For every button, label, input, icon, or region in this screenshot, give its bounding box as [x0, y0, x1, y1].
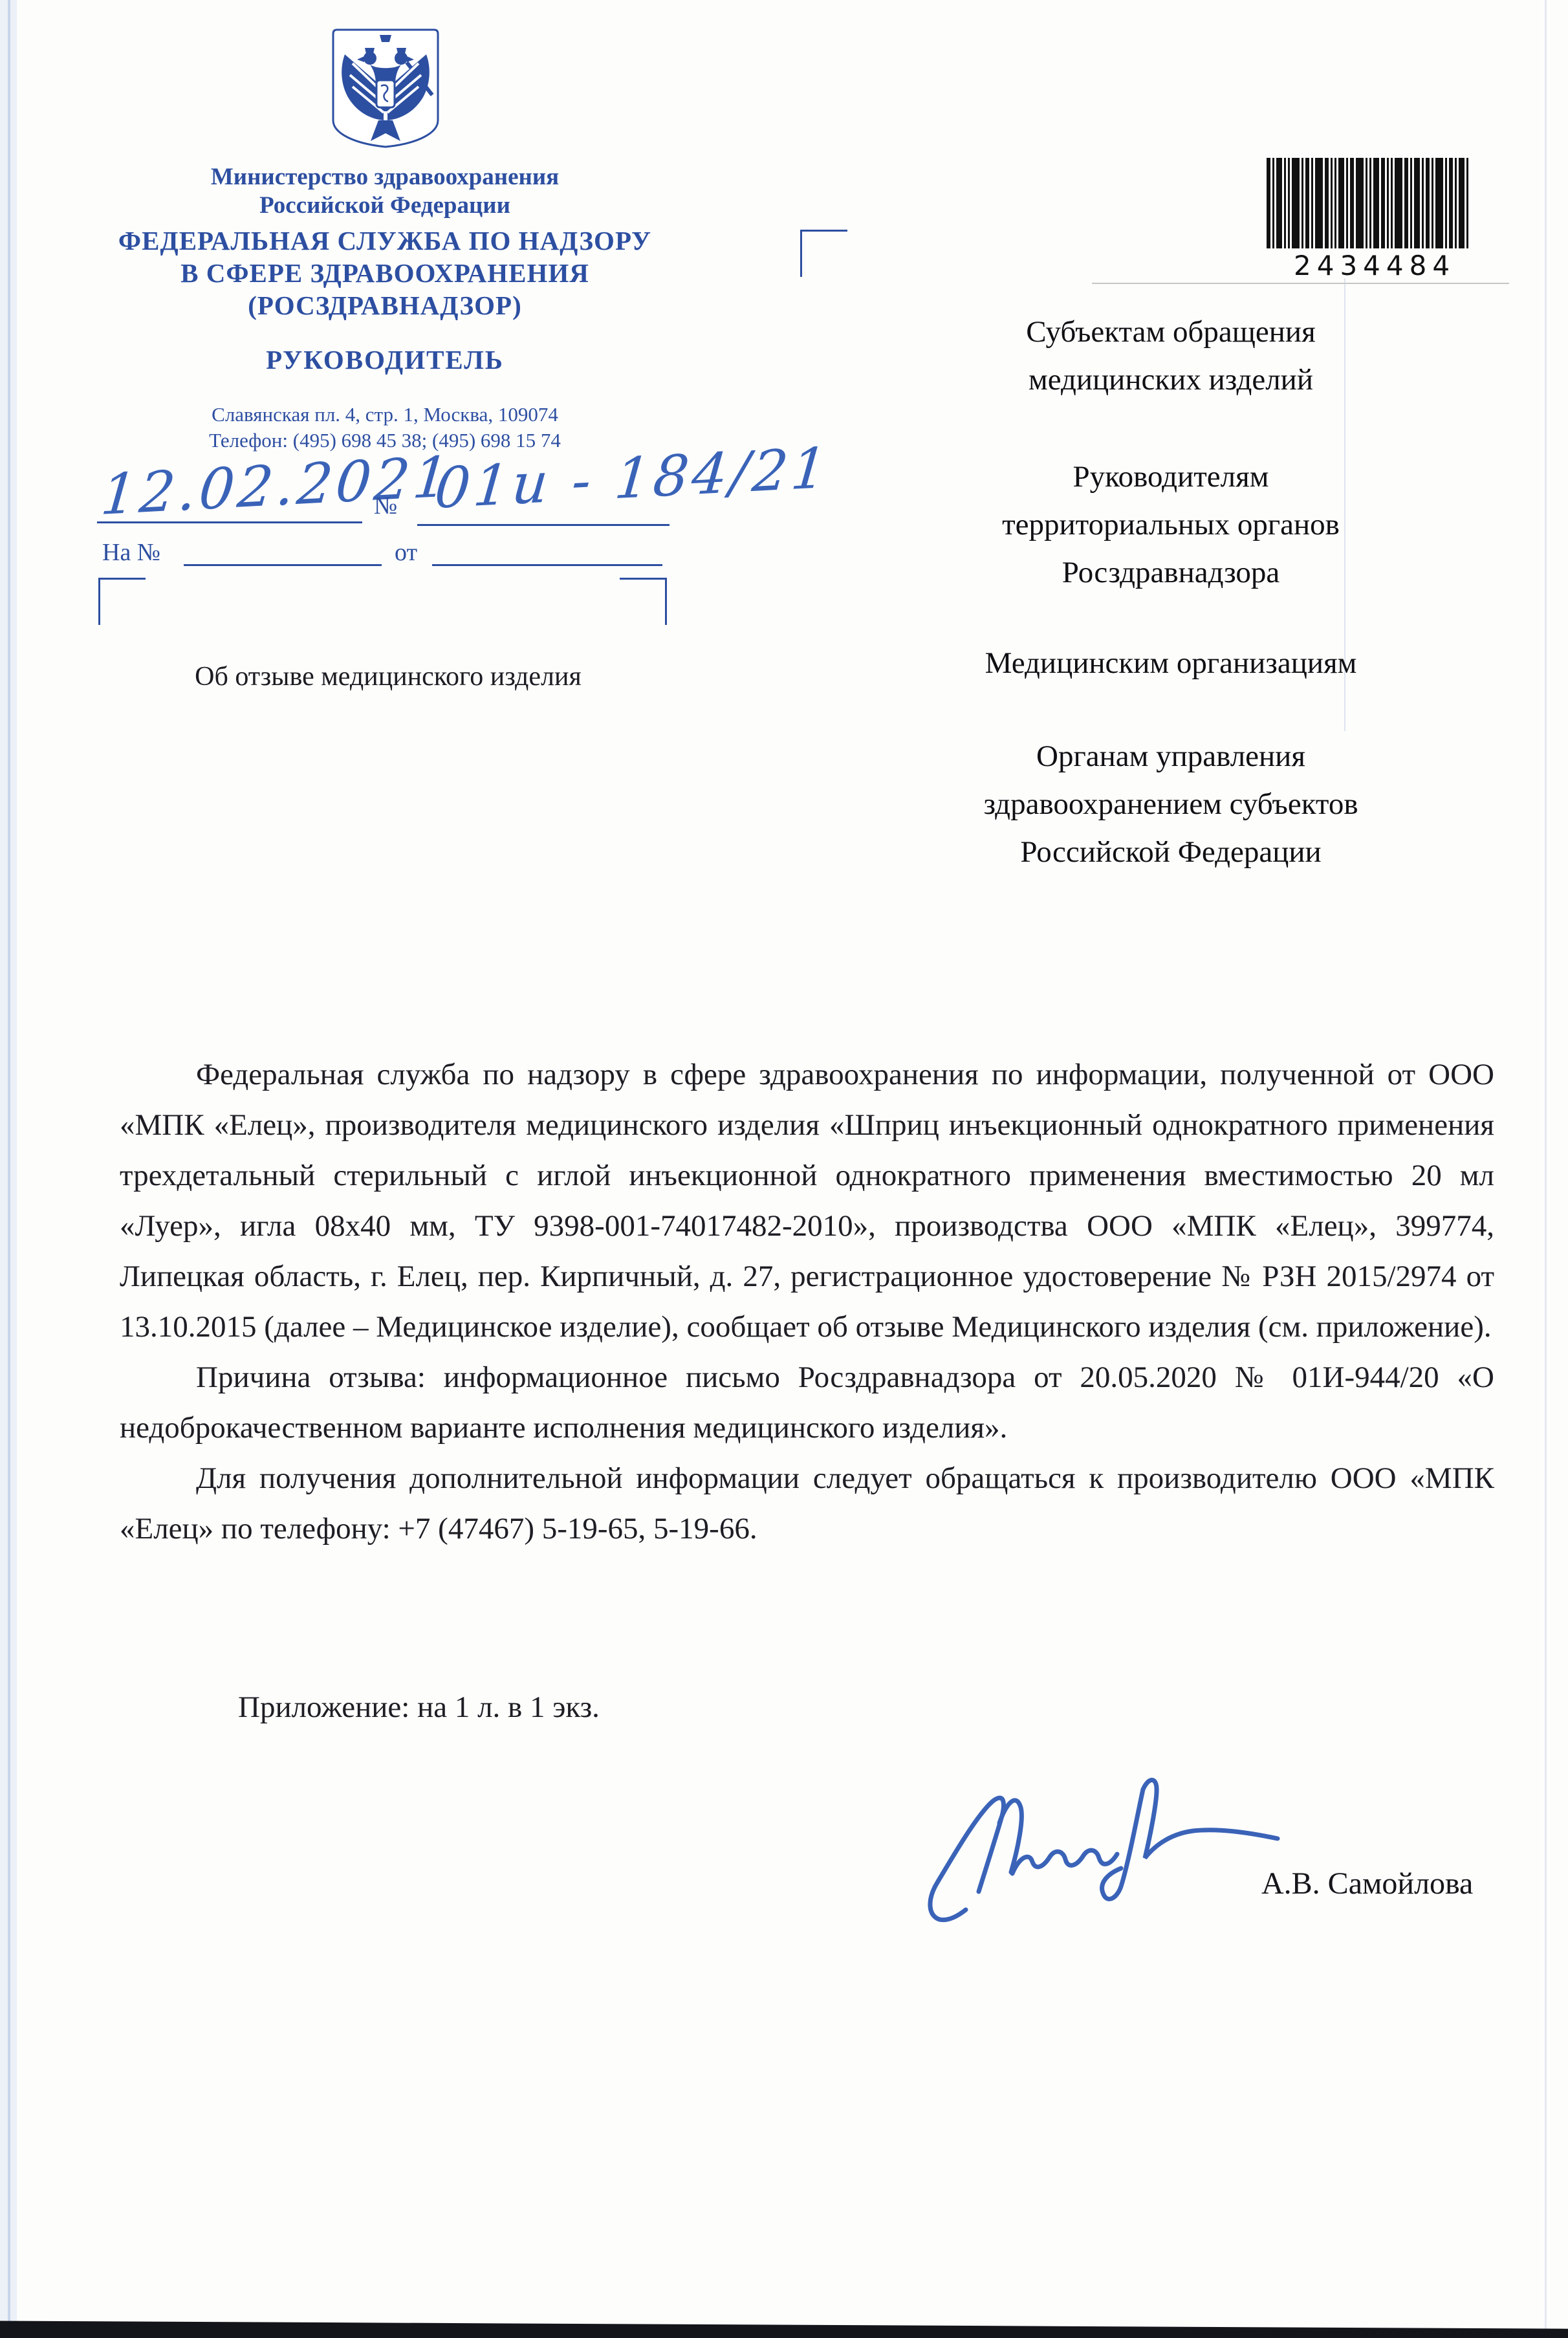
attachment-line: Приложение: на 1 л. в 1 экз.	[238, 1690, 600, 1725]
barcode-number: 2434484	[1294, 250, 1455, 281]
subject-zone-corner-right	[620, 578, 667, 625]
body-paragraph: Для получения дополнительной информации …	[120, 1453, 1494, 1554]
scanned-letter-page: Министерство здравоохранения Российской …	[0, 0, 1568, 2338]
in-reply-of-label: от	[395, 538, 417, 567]
letter-body: Федеральная служба по надзору в сфере зд…	[120, 1049, 1494, 1554]
body-paragraph: Причина отзыва: информационное письмо Ро…	[120, 1352, 1494, 1453]
date-underline	[97, 521, 362, 523]
recipient-text: Медицинским организациям	[925, 639, 1417, 687]
recipient-text: Субъектам обращения медицинских изделий	[990, 308, 1352, 404]
body-paragraph: Федеральная служба по надзору в сфере зд…	[120, 1049, 1494, 1352]
in-reply-number-underline	[184, 564, 382, 566]
recipient-item: Органам управления здравоохранением субъ…	[809, 732, 1533, 876]
subject-zone-corner-left	[98, 578, 146, 625]
scan-bottom-bar	[0, 2316, 1568, 2338]
ministry-name-line-1: Министерство здравоохранения	[68, 163, 702, 191]
scan-edge-band	[0, 0, 17, 2338]
signer-name: А.В. Самойлова	[1261, 1866, 1473, 1901]
number-underline	[417, 524, 670, 526]
russia-coat-of-arms-icon	[329, 26, 442, 153]
outgoing-date-handwritten: 12.02.2021	[98, 444, 454, 528]
barcode-separator-line	[1092, 283, 1509, 284]
recipient-text: Руководителям территориальных органов Ро…	[983, 453, 1358, 596]
service-name-line-3: (РОСЗДРАВНАДЗОР)	[68, 290, 702, 321]
in-reply-date-underline	[432, 564, 662, 566]
recipient-item: Медицинским организациям	[809, 639, 1533, 687]
service-name-line-1: ФЕДЕРАЛЬНАЯ СЛУЖБА ПО НАДЗОРУ	[68, 225, 702, 256]
service-name-line-2: В СФЕРЕ ЗДРАВООХРАНЕНИЯ	[68, 257, 702, 289]
position-title: РУКОВОДИТЕЛЬ	[68, 344, 702, 375]
registration-barcode-icon	[1267, 158, 1470, 252]
number-sign: №	[374, 492, 397, 520]
ministry-name-line-2: Российской Федерации	[68, 191, 702, 220]
subject-line: Об отзыве медицинского изделия	[97, 661, 679, 692]
recipient-item: Субъектам обращения медицинских изделий	[809, 308, 1533, 404]
signature-scribble-icon	[915, 1771, 1316, 1936]
recipient-text: Органам управления здравоохранением субъ…	[957, 732, 1384, 876]
recipient-item: Руководителям территориальных органов Ро…	[809, 453, 1533, 596]
addressee-zone-corner	[800, 230, 847, 277]
scan-edge-line	[8, 0, 10, 2338]
letterhead-address: Славянская пл. 4, стр. 1, Москва, 109074	[68, 402, 702, 426]
scan-right-line	[1545, 0, 1547, 2338]
in-reply-prefix: На №	[102, 538, 160, 567]
